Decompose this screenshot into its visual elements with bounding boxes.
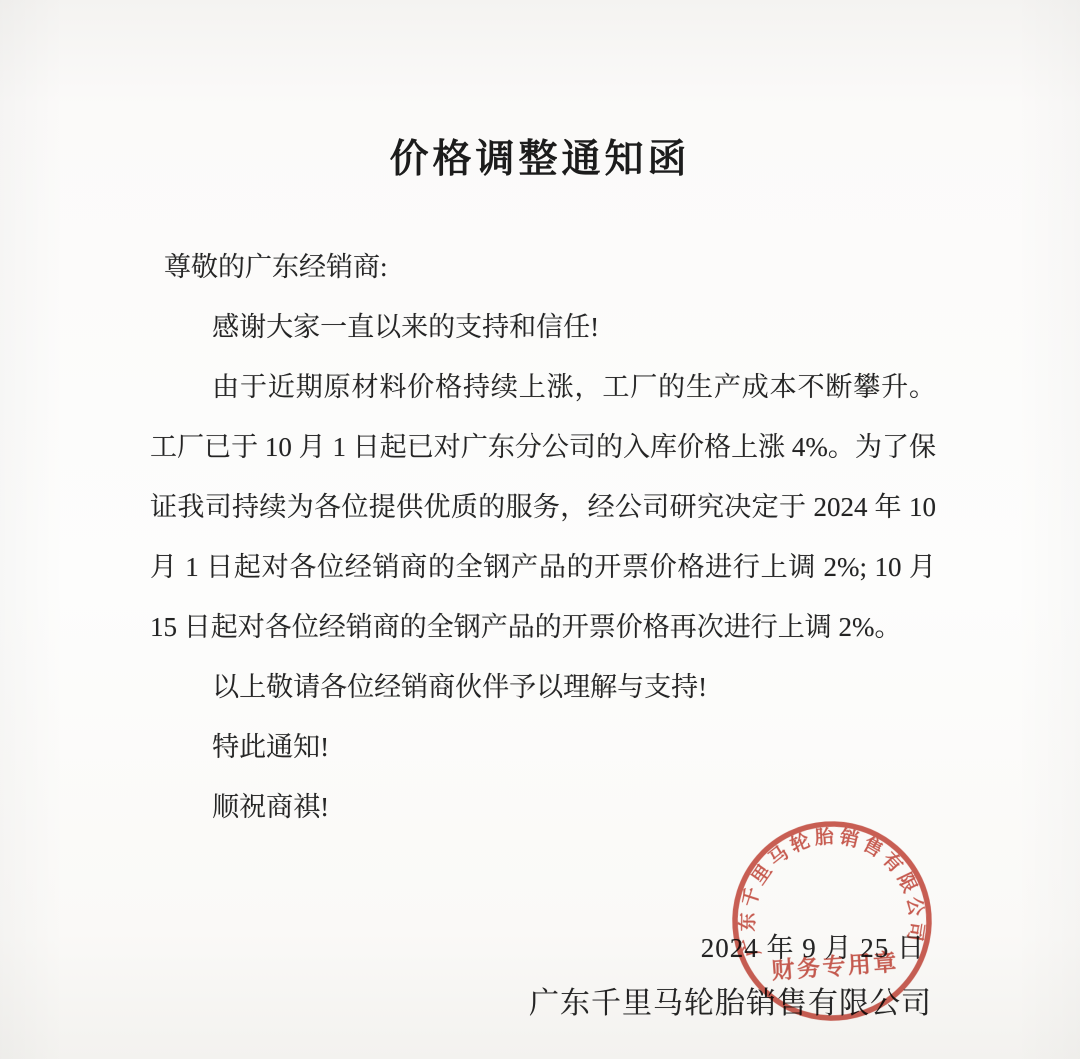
svg-text:广东千里马轮胎销售有限公司: 广东千里马轮胎销售有限公司 xyxy=(729,819,930,960)
company-finance-seal-stamp: 广东千里马轮胎销售有限公司 财务专用章 xyxy=(720,809,944,1033)
seal-ring xyxy=(728,817,935,1024)
letter-salutation: 尊敬的广东经销商: xyxy=(164,237,936,297)
seal-center-text: 财务专用章 xyxy=(771,948,900,983)
letter-paragraph-thanks: 感谢大家一直以来的支持和信任! xyxy=(150,297,936,357)
seal-ring-text: 广东千里马轮胎销售有限公司 xyxy=(729,819,930,960)
letter-paragraph-main: 由于近期原材料价格持续上涨，工厂的生产成本不断攀升。工厂已于 10 月 1 日起… xyxy=(150,357,936,657)
letter-paragraph-notice: 特此通知! xyxy=(150,717,936,777)
letter-body: 尊敬的广东经销商: 感谢大家一直以来的支持和信任! 由于近期原材料价格持续上涨，… xyxy=(150,237,936,837)
letter-title: 价格调整通知函 xyxy=(0,128,1080,184)
letter-paragraph-request: 以上敬请各位经销商伙伴予以理解与支持! xyxy=(150,657,936,717)
scanned-letter-page: 价格调整通知函 尊敬的广东经销商: 感谢大家一直以来的支持和信任! 由于近期原材… xyxy=(0,0,1080,1059)
